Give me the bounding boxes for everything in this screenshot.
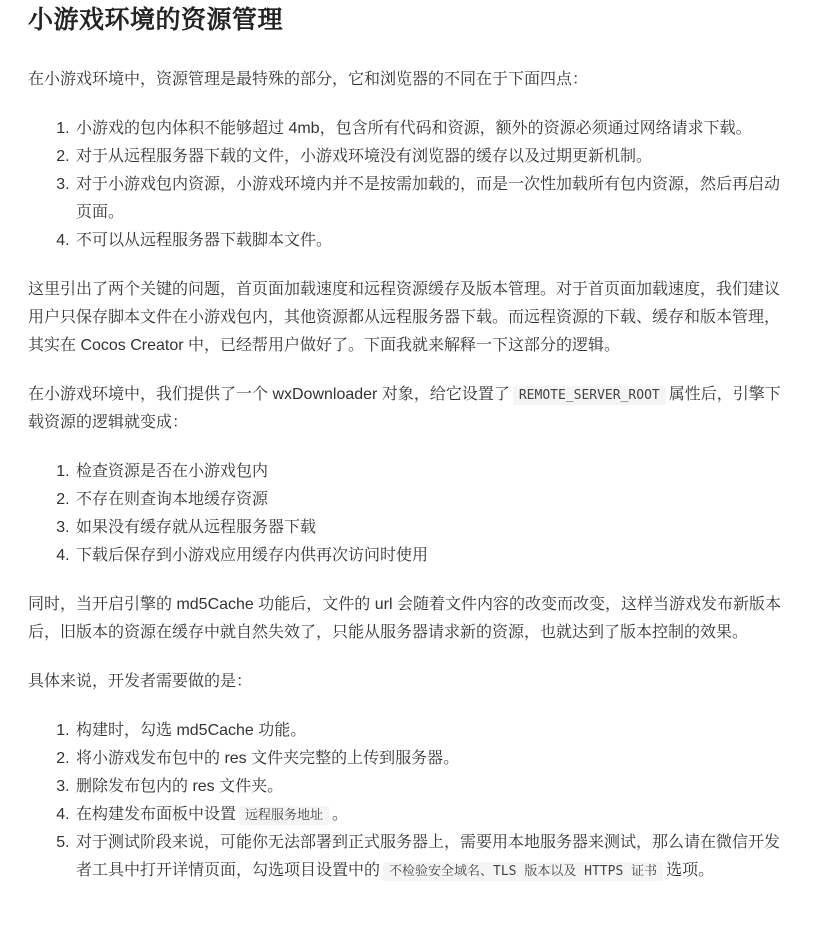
differences-list: 小游戏的包内体积不能够超过 4mb，包含所有代码和资源，额外的资源必须通过网络请… [28,115,789,255]
page-title: 小游戏环境的资源管理 [28,5,789,36]
list-item: 对于测试阶段来说，可能你无法部署到正式服务器上，需要用本地服务器来测试，那么请在… [74,829,789,885]
list-item: 如果没有缓存就从远程服务器下载 [74,514,789,542]
list-item: 将小游戏发布包中的 res 文件夹完整的上传到服务器。 [74,745,789,773]
list-item: 不存在则查询本地缓存资源 [74,486,789,514]
list-item: 小游戏的包内体积不能够超过 4mb，包含所有代码和资源，额外的资源必须通过网络请… [74,115,789,143]
list-item: 检查资源是否在小游戏包内 [74,458,789,486]
list-item: 不可以从远程服务器下载脚本文件。 [74,227,789,255]
list-item: 对于从远程服务器下载的文件，小游戏环境没有浏览器的缓存以及过期更新机制。 [74,143,789,171]
inline-code: 远程服务地址 [239,806,329,825]
inline-code: REMOTE_SERVER_ROOT [513,386,666,405]
md5cache-paragraph: 同时，当开启引擎的 md5Cache 功能后，文件的 url 会随着文件内容的改… [28,591,789,647]
inline-code: 不检验安全域名、TLS 版本以及 HTTPS 证书 [383,862,663,881]
steps-intro-paragraph: 具体来说，开发者需要做的是： [28,668,789,696]
intro-paragraph: 在小游戏环境中，资源管理是最特殊的部分，它和浏览器的不同在于下面四点： [28,66,789,94]
download-logic-list: 检查资源是否在小游戏包内不存在则查询本地缓存资源如果没有缓存就从远程服务器下载下… [28,458,789,570]
list-item: 对于小游戏包内资源，小游戏环境内并不是按需加载的，而是一次性加载所有包内资源，然… [74,171,789,227]
developer-steps-list: 构建时，勾选 md5Cache 功能。将小游戏发布包中的 res 文件夹完整的上… [28,717,789,885]
key-issues-paragraph: 这里引出了两个关键的问题，首页面加载速度和远程资源缓存及版本管理。对于首页面加载… [28,276,789,360]
list-item: 下载后保存到小游戏应用缓存内供再次访问时使用 [74,542,789,570]
document-content: 小游戏环境的资源管理 在小游戏环境中，资源管理是最特殊的部分，它和浏览器的不同在… [0,0,813,930]
list-item: 在构建发布面板中设置远程服务地址。 [74,801,789,829]
wxdownloader-paragraph: 在小游戏环境中，我们提供了一个 wxDownloader 对象，给它设置了REM… [28,381,789,437]
list-item: 删除发布包内的 res 文件夹。 [74,773,789,801]
list-item: 构建时，勾选 md5Cache 功能。 [74,717,789,745]
